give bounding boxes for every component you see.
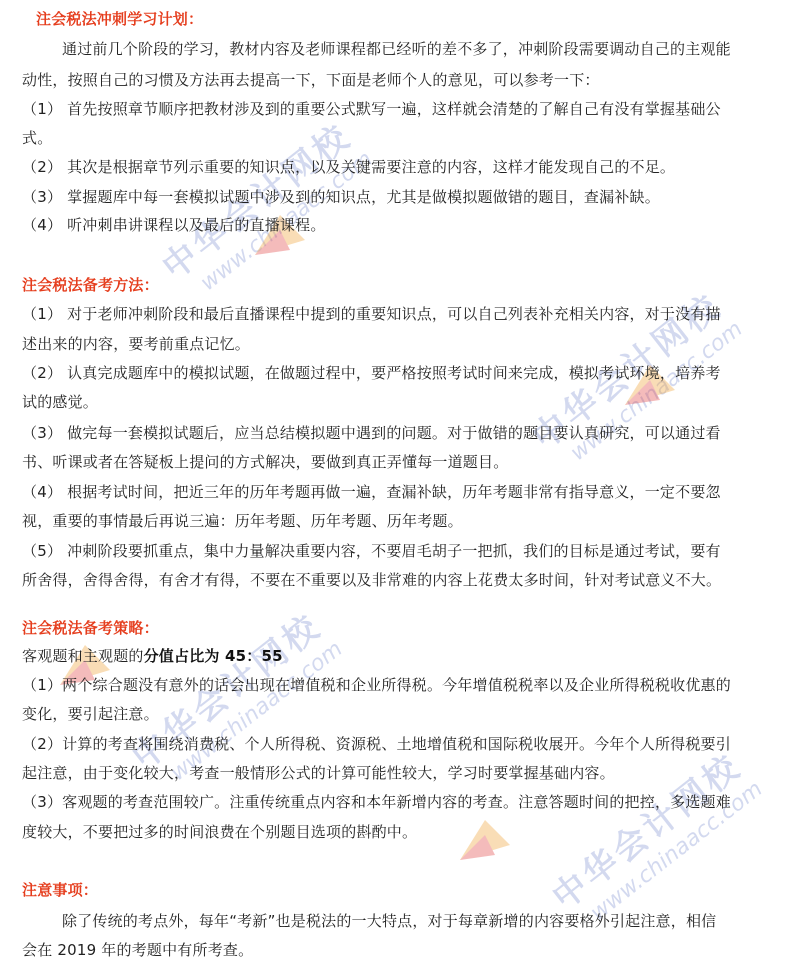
score-ratio-line: 客观题和主观题的分值占比为 45：55 [22,646,283,666]
document-page: 中华会计网校 www.chinaacc.com 中华会计网校 www.china… [0,0,810,980]
list-item: （2） 认真完成题库中的模拟试题，在做题过程中，要严格按照考试时间来完成，模拟考… [22,363,721,383]
section-heading-sprint-plan: 注会税法冲刺学习计划： [36,9,203,29]
list-item: （1） 首先按照章节顺序把教材涉及到的重要公式默写一遍，这样就会清楚的了解自己有… [22,99,721,119]
list-item: （4） 听冲刺串讲课程以及最后的直播课程。 [22,215,326,235]
list-item: （1）两个综合题没有意外的话会出现在增值税和企业所得税。今年增值税税率以及企业所… [22,675,731,695]
list-item: （3） 掌握题库中每一套模拟试题中涉及到的知识点，尤其是做模拟题做错的题目，查漏… [22,187,660,207]
watermark-url: www.chinaacc.com [566,317,748,466]
paragraph-line: 通过前几个阶段的学习，教材内容及老师课程都已经听的差不多了，冲刺阶段需要调动自己… [62,39,731,59]
paragraph-line: 会在 2019 年的考题中有所考查。 [22,940,253,960]
score-ratio-prefix: 客观题和主观题的 [22,647,144,665]
section-heading-notes: 注意事项： [22,880,98,900]
score-ratio-value: 分值占比为 45：55 [144,647,283,665]
list-item: （3）客观题的考查范围较广。注重传统重点内容和本年新增内容的考查。注意答题时间的… [22,792,731,812]
paragraph-line: 试的感觉。 [22,392,98,412]
list-item: （4） 根据考试时间，把近三年的历年考题再做一遍，查漏补缺，历年考题非常有指导意… [22,482,721,502]
list-item: （5） 冲刺阶段要抓重点，集中力量解决重要内容，不要眉毛胡子一把抓，我们的目标是… [22,541,721,561]
paragraph-line: 式。 [22,128,52,148]
paragraph-line: 书、听课或者在答疑板上提问的方式解决，要做到真正弄懂每一道题目。 [22,452,508,472]
paragraph-line: 度较大，不要把过多的时间浪费在个别题目选项的斟酌中。 [22,822,417,842]
paragraph-line: 视，重要的事情最后再说三遍：历年考题、历年考题、历年考题。 [22,511,463,531]
paragraph-line: 变化，要引起注意。 [22,704,159,724]
section-heading-strategy: 注会税法备考策略： [22,618,159,638]
paragraph-line: 述出来的内容，要考前重点记忆。 [22,334,250,354]
list-item: （3） 做完每一套模拟试题后，应当总结模拟题中遇到的问题。对于做错的题目要认真研… [22,423,721,443]
paragraph-line: 起注意，由于变化较大，考查一般情形公式的计算可能性较大，学习时要掌握基础内容。 [22,763,615,783]
paragraph-line: 所舍得，舍得舍得，有舍才有得，不要在不重要以及非常难的内容上花费太多时间，针对考… [22,570,721,590]
watermark-logo-icon [455,815,515,865]
paragraph-line: 除了传统的考点外，每年“考新”也是税法的一大特点，对于每章新增的内容要格外引起注… [62,911,716,931]
section-heading-study-method: 注会税法备考方法： [22,275,159,295]
list-item: （1） 对于老师冲刺阶段和最后直播课程中提到的重要知识点，可以自己列表补充相关内… [22,304,721,324]
paragraph-line: 动性，按照自己的习惯及方法再去提高一下，下面是老师个人的意见，可以参考一下： [22,70,600,90]
watermark: 中华会计网校 www.chinaacc.com [150,108,377,308]
list-item: （2） 其次是根据章节列示重要的知识点，以及关键需要注意的内容，这样才能发现自己… [22,157,675,177]
list-item: （2）计算的考查将围绕消费税、个人所得税、资源税、土地增值税和国际税收展开。今年… [22,734,731,754]
